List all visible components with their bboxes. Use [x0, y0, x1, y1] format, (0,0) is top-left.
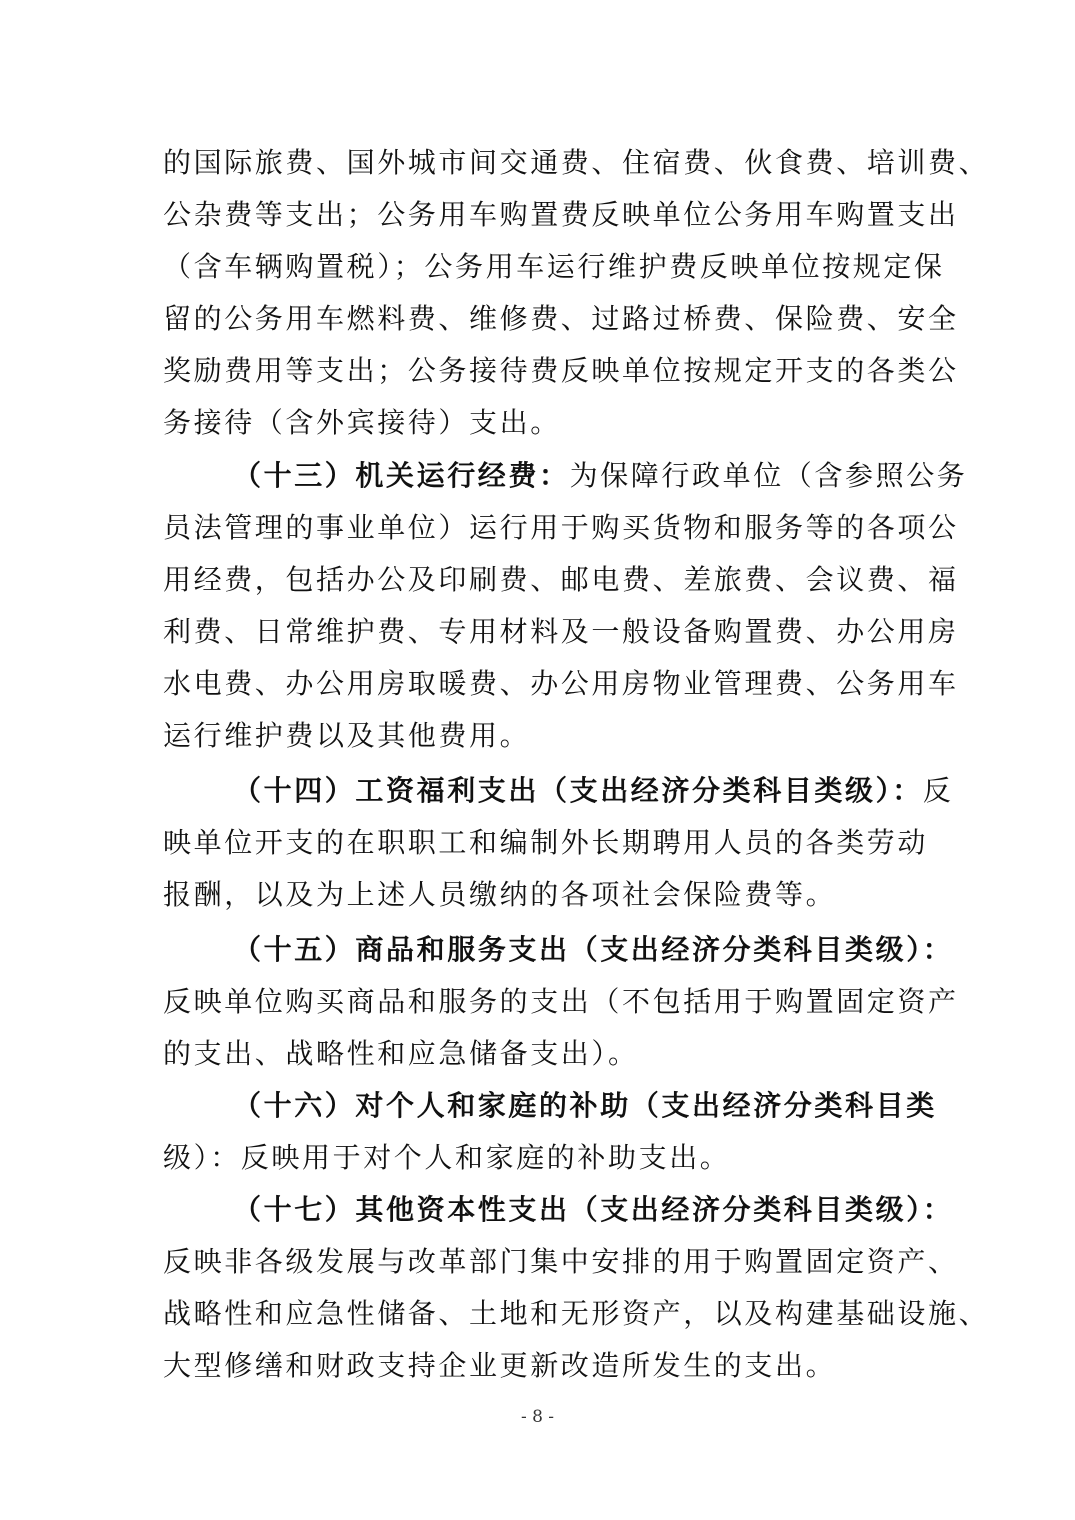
section-heading: （十六）对个人和家庭的补助（支出经济分类科目类 — [233, 1089, 937, 1122]
paragraph-line: 战略性和应急性储备、土地和无形资产，以及构建基础设施、 — [163, 1294, 913, 1334]
section-13-first-line: （十三）机关运行经费：为保障行政单位（含参照公务 — [233, 456, 913, 496]
paragraph-line: 的国际旅费、国外城市间交通费、住宿费、伙食费、培训费、 — [163, 143, 913, 183]
section-heading: （十五）商品和服务支出（支出经济分类科目类级）： — [233, 933, 953, 966]
paragraph-line: 运行维护费以及其他费用。 — [163, 716, 913, 756]
paragraph-line: 水电费、办公用房取暖费、办公用房物业管理费、公务用车 — [163, 664, 913, 704]
paragraph-line: 留的公务用车燃料费、维修费、过路过桥费、保险费、安全 — [163, 299, 913, 339]
section-17-first-line: （十七）其他资本性支出（支出经济分类科目类级）： — [233, 1190, 913, 1230]
paragraph-line: 的支出、战略性和应急储备支出）。 — [163, 1034, 913, 1074]
paragraph-line: 大型修缮和财政支持企业更新改造所发生的支出。 — [163, 1346, 913, 1386]
section-15-first-line: （十五）商品和服务支出（支出经济分类科目类级）： — [233, 930, 913, 970]
paragraph-line: 反映单位购买商品和服务的支出（不包括用于购置固定资产 — [163, 982, 913, 1022]
paragraph-line: 利费、日常维护费、专用材料及一般设备购置费、办公用房 — [163, 612, 913, 652]
section-14-first-line: （十四）工资福利支出（支出经济分类科目类级）：反 — [233, 771, 913, 811]
section-heading: （十七）其他资本性支出（支出经济分类科目类级）： — [233, 1193, 953, 1226]
paragraph-line: 公杂费等支出；公务用车购置费反映单位公务用车购置支出 — [163, 195, 913, 235]
paragraph-line: 级）：反映用于对个人和家庭的补助支出。 — [163, 1138, 913, 1178]
paragraph-line: 报酬，以及为上述人员缴纳的各项社会保险费等。 — [163, 875, 913, 915]
page-number: - 8 - — [0, 1407, 1075, 1427]
section-heading: （十三）机关运行经费： — [233, 459, 570, 492]
section-heading: （十四）工资福利支出（支出经济分类科目类级）： — [233, 774, 923, 807]
paragraph-line: 反映非各级发展与改革部门集中安排的用于购置固定资产、 — [163, 1242, 913, 1282]
paragraph-line: 务接待（含外宾接待）支出。 — [163, 403, 913, 443]
section-text: 为保障行政单位（含参照公务 — [570, 459, 968, 492]
document-page: 的国际旅费、国外城市间交通费、住宿费、伙食费、培训费、 公杂费等支出；公务用车购… — [0, 0, 1075, 1520]
section-16-first-line: （十六）对个人和家庭的补助（支出经济分类科目类 — [233, 1086, 913, 1126]
paragraph-line: 用经费，包括办公及印刷费、邮电费、差旅费、会议费、福 — [163, 560, 913, 600]
paragraph-line: 员法管理的事业单位）运行用于购买货物和服务等的各项公 — [163, 508, 913, 548]
paragraph-line: （含车辆购置税）；公务用车运行维护费反映单位按规定保 — [163, 247, 913, 287]
paragraph-line: 映单位开支的在职职工和编制外长期聘用人员的各类劳动 — [163, 823, 913, 863]
section-text: 反 — [923, 774, 954, 807]
paragraph-line: 奖励费用等支出；公务接待费反映单位按规定开支的各类公 — [163, 351, 913, 391]
